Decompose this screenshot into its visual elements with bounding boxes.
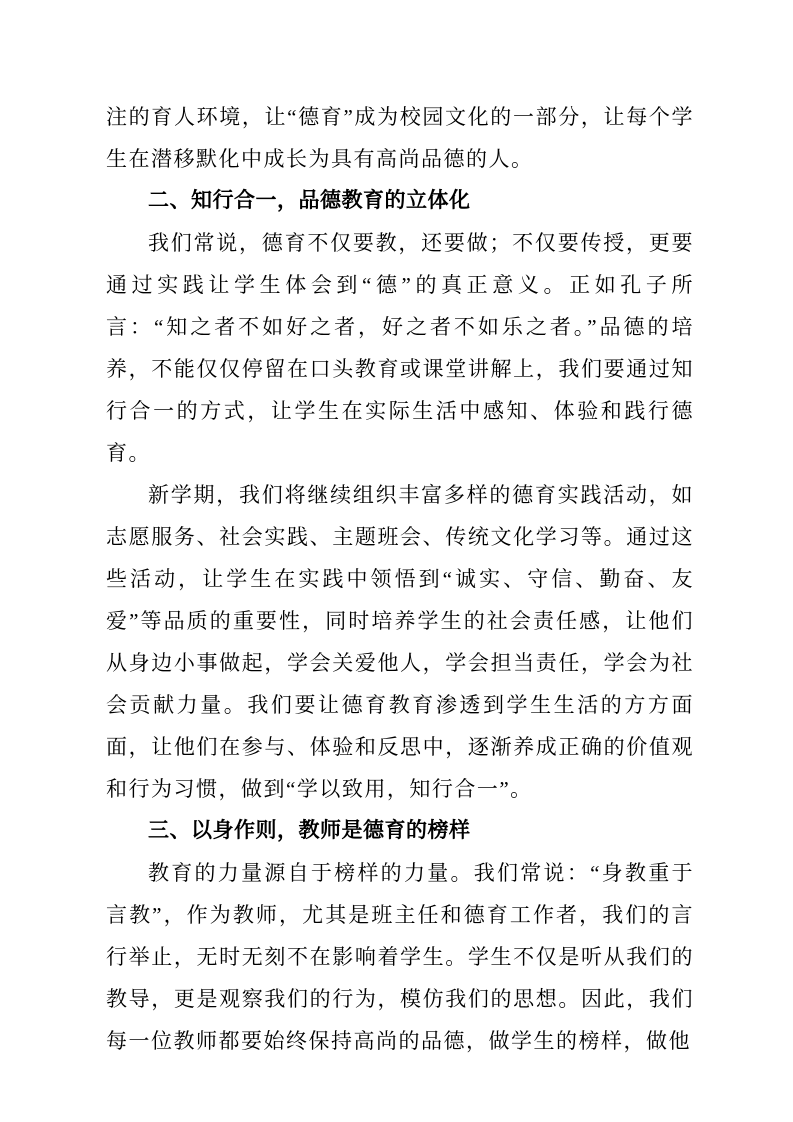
document-content: 注的育人环境，让“德育”成为校园文化的一部分，让每个学生在潜移默化中成长为具有高… xyxy=(106,96,694,1062)
document-paragraph: 新学期，我们将继续组织丰富多样的德育实践活动，如志愿服务、社会实践、主题班会、传… xyxy=(106,474,694,810)
document-page: 注的育人环境，让“德育”成为校园文化的一部分，让每个学生在潜移默化中成长为具有高… xyxy=(0,0,793,1122)
section-heading: 三、以身作则，教师是德育的榜样 xyxy=(106,810,694,852)
section-heading: 二、知行合一，品德教育的立体化 xyxy=(106,180,694,222)
document-paragraph: 我们常说，德育不仅要教，还要做；不仅要传授，更要通过实践让学生体会到“德”的真正… xyxy=(106,222,694,474)
document-paragraph: 教育的力量源自于榜样的力量。我们常说：“身教重于言教”，作为教师，尤其是班主任和… xyxy=(106,852,694,1062)
document-paragraph: 注的育人环境，让“德育”成为校园文化的一部分，让每个学生在潜移默化中成长为具有高… xyxy=(106,96,694,180)
